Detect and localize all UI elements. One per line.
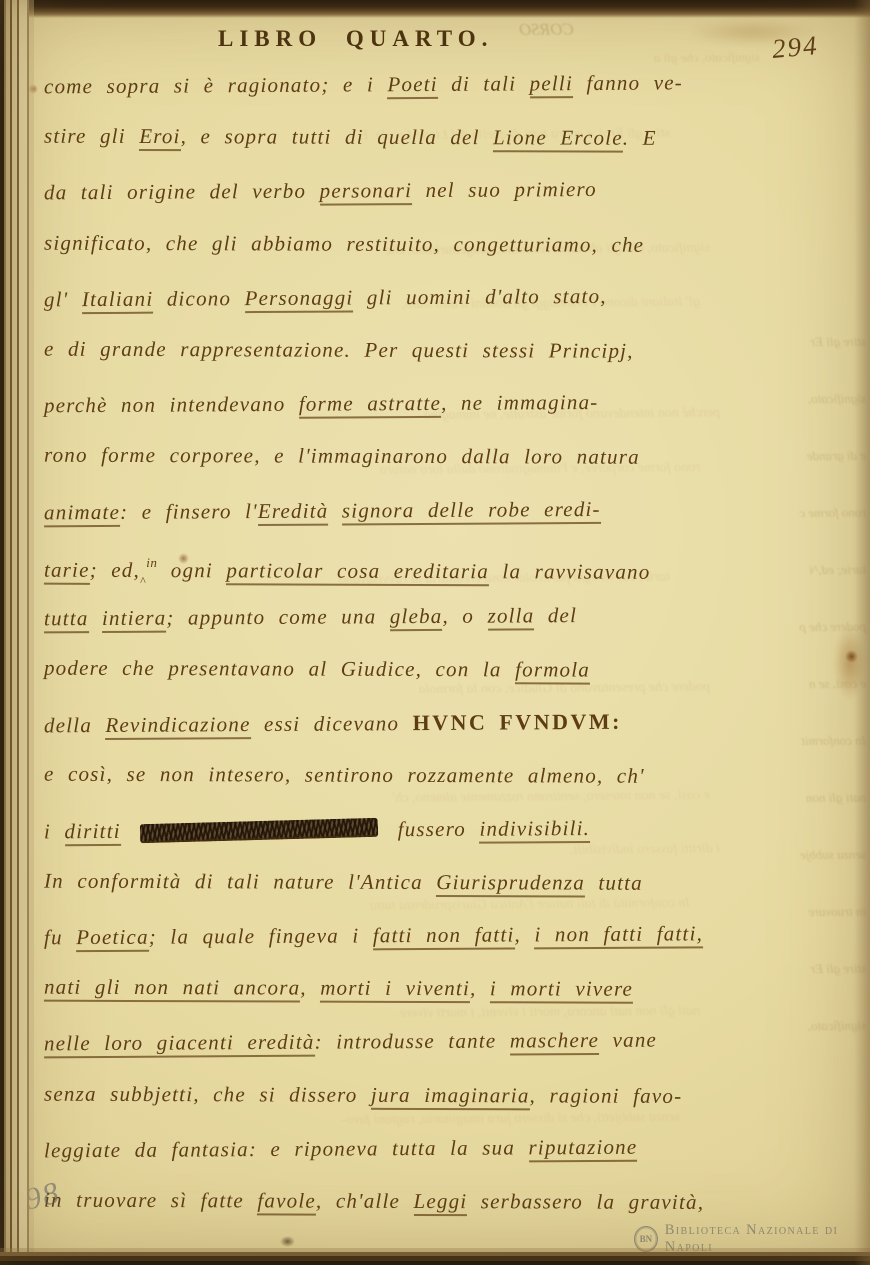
book-top-edge: [0, 0, 870, 18]
manuscript-word: . E: [623, 126, 657, 150]
manuscript-line: animate: e finsero l'Eredità signora del…: [44, 481, 810, 539]
manuscript-word: tutta: [585, 870, 643, 894]
manuscript-word: gli uomini d'alto stato,: [353, 284, 606, 310]
manuscript-line: leggiate da fantasia: e riponeva tutta l…: [44, 1119, 810, 1177]
manuscript-word: particolar cosa ereditaria: [226, 558, 489, 586]
manuscript-word: in truovare sì fatte: [44, 1188, 258, 1213]
manuscript-word: fussero: [384, 816, 479, 841]
manuscript-line: gl' Italiani dicono Personaggi gli uomin…: [44, 268, 810, 326]
manuscript-word: i: [44, 819, 65, 843]
manuscript-word: ogni: [157, 558, 226, 582]
manuscript-word: ; la quale fingeva i: [149, 923, 373, 948]
manuscript-word: e così, se non intesero, sentirono rozza…: [44, 762, 645, 788]
book-binding-edge: [0, 0, 42, 1265]
manuscript-word: in: [146, 555, 157, 570]
manuscript-line: In conformità di tali nature l'Antica Gi…: [44, 854, 810, 910]
manuscript-line: tarie; ed,^in ogni particolar cosa eredi…: [44, 535, 810, 591]
manuscript-word: serbassero la gravità,: [467, 1189, 704, 1214]
manuscript-word: i non fatti fatti,: [534, 921, 703, 949]
manuscript-word: Personaggi: [245, 285, 354, 313]
manuscript-word: diritti: [64, 818, 120, 845]
manuscript-word: ,: [300, 976, 320, 1000]
manuscript-word: [121, 818, 135, 842]
manuscript-word: [88, 606, 102, 630]
manuscript-word: di tali: [438, 71, 530, 96]
manuscript-word: come sopra si è ragionato; e i: [44, 72, 388, 98]
manuscript-word: nelle loro giacenti eredità: [44, 1030, 315, 1059]
page-right-edge: [854, 0, 870, 1265]
manuscript-word: della: [44, 713, 106, 737]
manuscript-line: i diritti fussero indivisibili.: [44, 800, 810, 858]
manuscript-line: fu Poetica; la quale fingeva i fatti non…: [44, 907, 810, 965]
manuscript-line: come sopra si è ragionato; e i Poeti di …: [44, 56, 810, 114]
manuscript-word: stire gli: [44, 124, 139, 148]
manuscript-word: morti i viventi: [320, 976, 470, 1004]
manuscript-word: ,: [470, 976, 490, 1000]
manuscript-word: e di grande rappresentazione. Per questi…: [44, 337, 634, 363]
manuscript-word: perchè non intendevano: [44, 392, 299, 418]
manuscript-word: ,: [514, 922, 534, 946]
manuscript-word: intiera: [102, 605, 167, 632]
manuscript-line: senza subbjetti, che si dissero jura ima…: [44, 1067, 810, 1123]
manuscript-line: significato, che gli abbiamo restituito,…: [44, 216, 810, 272]
manuscript-word: favole: [257, 1188, 316, 1215]
manuscript-word: essi dicevano: [250, 711, 412, 736]
manuscript-word: , ch'alle: [316, 1189, 414, 1213]
manuscript-word: fanno ve-: [573, 70, 683, 95]
manuscript-word: zolla: [487, 603, 534, 630]
manuscript-word: In conformità di tali nature l'Antica: [44, 868, 436, 893]
manuscript-word: Lione Ercole: [493, 125, 623, 152]
manuscript-line: rono forme corporee, e l'immaginarono da…: [44, 429, 810, 485]
manuscript-word: , ne immagina-: [441, 390, 599, 415]
manuscript-word: ; ed,: [90, 558, 140, 582]
manuscript-line: e così, se non intesero, sentirono rozza…: [44, 748, 810, 804]
manuscript-word: , o: [442, 604, 487, 628]
manuscript-word: tutta: [44, 606, 89, 633]
manuscript-word: Italiani: [82, 286, 154, 313]
manuscript-word: [328, 498, 342, 522]
manuscript-line: nelle loro giacenti eredità: introdusse …: [44, 1013, 810, 1071]
manuscript-word: pelli: [530, 71, 573, 98]
manuscript-word: i morti vivere: [490, 976, 633, 1003]
manuscript-word: : introdusse tante: [314, 1029, 509, 1054]
manuscript-word: gl': [44, 287, 82, 311]
manuscript-word: : e finsero l': [120, 499, 258, 524]
manuscript-word: dicono: [153, 286, 244, 311]
manuscript-word: Revindicazione: [105, 712, 250, 740]
manuscript-line: podere che presentavano al Giudice, con …: [44, 642, 810, 698]
manuscript-word: ^: [140, 574, 146, 588]
manuscript-word: signora delle robe eredi-: [342, 496, 601, 525]
manuscript-word: indivisibili.: [479, 816, 590, 844]
page-title: LIBRO QUARTO.: [218, 26, 493, 52]
manuscript-line: stire gli Eroi, e sopra tutti di quella …: [44, 110, 810, 166]
manuscript-word: HVNC FVNDVM:: [413, 709, 623, 735]
manuscript-line: e di grande rappresentazione. Per questi…: [44, 323, 810, 379]
manuscript-word: da tali origine del verbo: [44, 179, 320, 205]
manuscript-word: forme astratte: [299, 391, 441, 419]
manuscript-line: tutta intiera; appunto come una gleba, o…: [44, 588, 810, 646]
manuscript-word: , e sopra tutti di quella del: [181, 124, 494, 149]
manuscript-word: gleba: [390, 604, 443, 631]
manuscript-word: fu: [44, 925, 76, 949]
manuscript-word: ; appunto come una: [166, 604, 390, 629]
manuscript-word: Eredità: [258, 498, 329, 525]
manuscript-word: maschere: [510, 1028, 599, 1056]
manuscript-word: rono forme corporee, e l'immaginarono da…: [44, 443, 640, 469]
crossed-out-text: [140, 817, 378, 842]
manuscript-line: della Revindicazione essi dicevano HVNC …: [44, 694, 810, 752]
manuscript-line: nati gli non nati ancora, morti i vivent…: [44, 961, 810, 1017]
manuscript-line: perchè non intendevano forme astratte, n…: [44, 375, 810, 433]
manuscript-page: CORSOsignificato, che gli astire gli Ero…: [0, 0, 870, 1265]
manuscript-word: animate: [44, 499, 120, 526]
manuscript-word: significato, che gli abbiamo restituito,…: [44, 230, 644, 256]
manuscript-word: personari: [320, 178, 413, 206]
manuscript-word: nati gli non nati ancora: [44, 975, 300, 1003]
manuscript-word: senza subbjetti, che si dissero: [44, 1081, 371, 1106]
manuscript-word: fatti non fatti: [373, 922, 515, 950]
manuscript-word: jura imaginaria: [371, 1082, 530, 1110]
manuscript-word: , ragioni favo-: [530, 1083, 683, 1108]
manuscript-word: Giurisprudenza: [436, 870, 585, 898]
manuscript-word: formola: [515, 657, 590, 684]
manuscript-word: del: [534, 603, 577, 627]
manuscript-word: Poeti: [387, 72, 437, 99]
book-bottom-edge: [0, 1243, 870, 1265]
manuscript-word: Eroi: [139, 124, 180, 151]
manuscript-word: podere che presentavano al Giudice, con …: [44, 656, 515, 682]
manuscript-word: Leggi: [413, 1189, 467, 1216]
manuscript-word: nel suo primiero: [412, 177, 597, 202]
manuscript-word: tarie: [44, 557, 90, 584]
manuscript-word: la ravvisavano: [489, 559, 651, 584]
manuscript-word: riputazione: [528, 1134, 637, 1162]
manuscript-word: vane: [599, 1028, 657, 1052]
manuscript-word: Poetica: [76, 925, 149, 952]
manuscript-text-block: come sopra si è ragionato; e i Poeti di …: [44, 58, 810, 1228]
manuscript-line: da tali origine del verbo personari nel …: [44, 162, 810, 220]
manuscript-word: leggiate da fantasia: e riponeva tutta l…: [44, 1135, 529, 1162]
